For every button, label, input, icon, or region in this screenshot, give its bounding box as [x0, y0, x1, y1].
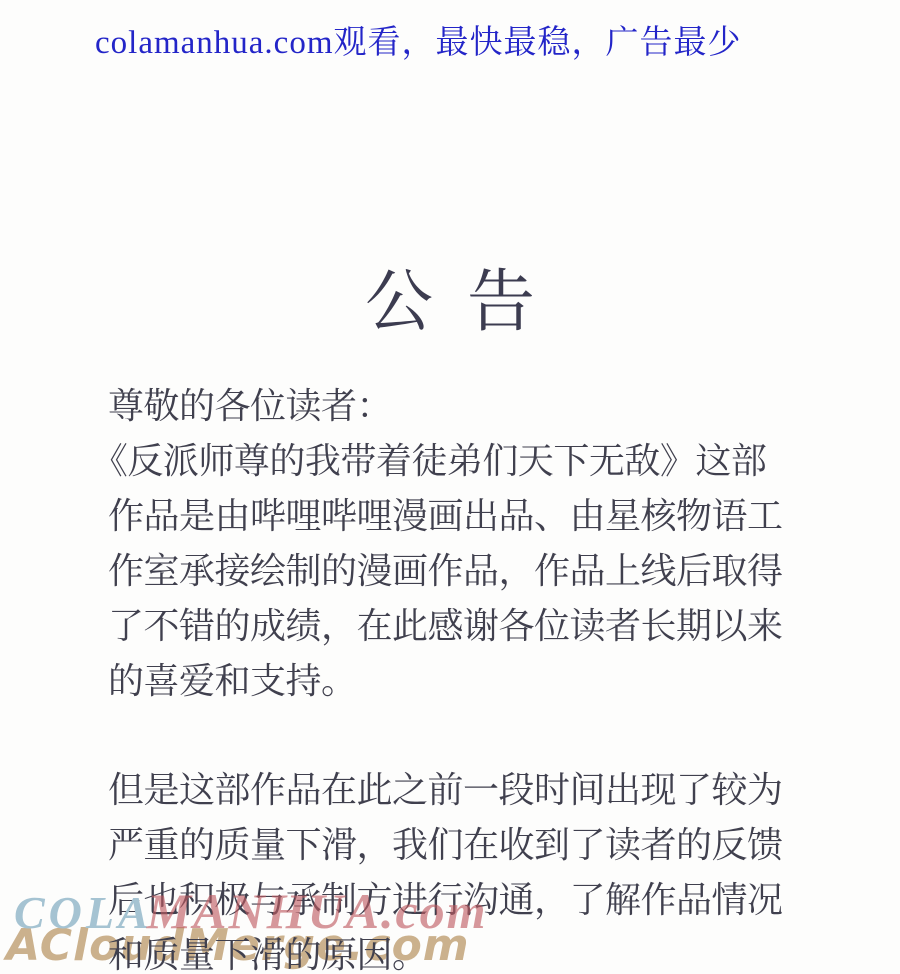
announcement-line: 但是这部作品在此之前一段时间出现了较为: [108, 762, 828, 817]
manhua-announcement-page: colamanhua.com观看，最快最稳，广告最少 公告 尊敬的各位读者： 《…: [0, 0, 900, 974]
announcement-line: 作室承接绘制的漫画作品，作品上线后取得: [108, 543, 828, 598]
announcement-line: 的喜爱和支持。: [108, 653, 828, 708]
announcement-line: 了不错的成绩，在此感谢各位读者长期以来: [108, 598, 828, 653]
announcement-line: 作品是由哔哩哔哩漫画出品、由星核物语工: [108, 488, 828, 543]
site-promo-text: colamanhua.com观看，最快最稳，广告最少: [95, 16, 742, 63]
announcement-paragraph-2: 但是这部作品在此之前一段时间出现了较为 严重的质量下滑，我们在收到了读者的反馈 …: [108, 762, 828, 974]
announcement-line: 严重的质量下滑，我们在收到了读者的反馈: [108, 817, 828, 872]
watermark-row-cola: COLAMANHUA.com: [14, 882, 488, 940]
manhua-domain-watermark: MANHUA.com: [147, 883, 488, 939]
announcement-line: 尊敬的各位读者：: [108, 378, 828, 433]
cola-script-watermark: COLA: [14, 887, 153, 938]
announcement-line: 《反派师尊的我带着徒弟们天下无敌》这部: [108, 433, 828, 488]
announcement-paragraph-1: 尊敬的各位读者： 《反派师尊的我带着徒弟们天下无敌》这部 作品是由哔哩哔哩漫画出…: [108, 378, 828, 708]
announcement-title: 公告: [0, 248, 900, 345]
